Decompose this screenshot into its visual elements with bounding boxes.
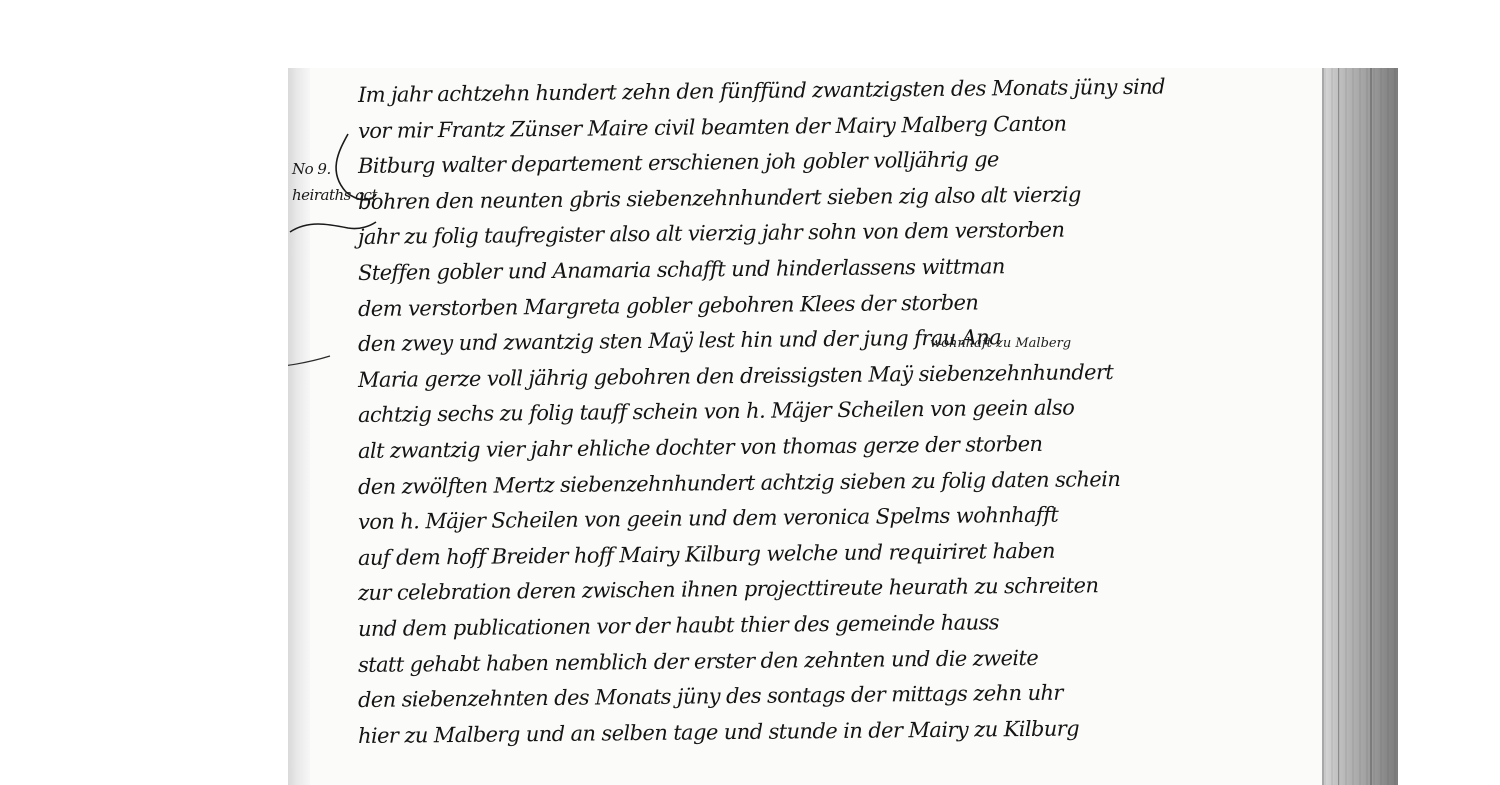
scanned-page: No 9. heiraths act Im jahr achtzehn hund…: [288, 68, 1398, 785]
margin-pen-stroke: [288, 354, 334, 374]
book-binding-edge: [1322, 68, 1398, 785]
handwritten-text-body: Im jahr achtzehn hundert zehn den fünffü…: [358, 78, 1318, 754]
document-viewer: No 9. heiraths act Im jahr achtzehn hund…: [0, 0, 1500, 785]
interlinear-insertion: wohnhaft zu Malberg: [930, 336, 1071, 351]
